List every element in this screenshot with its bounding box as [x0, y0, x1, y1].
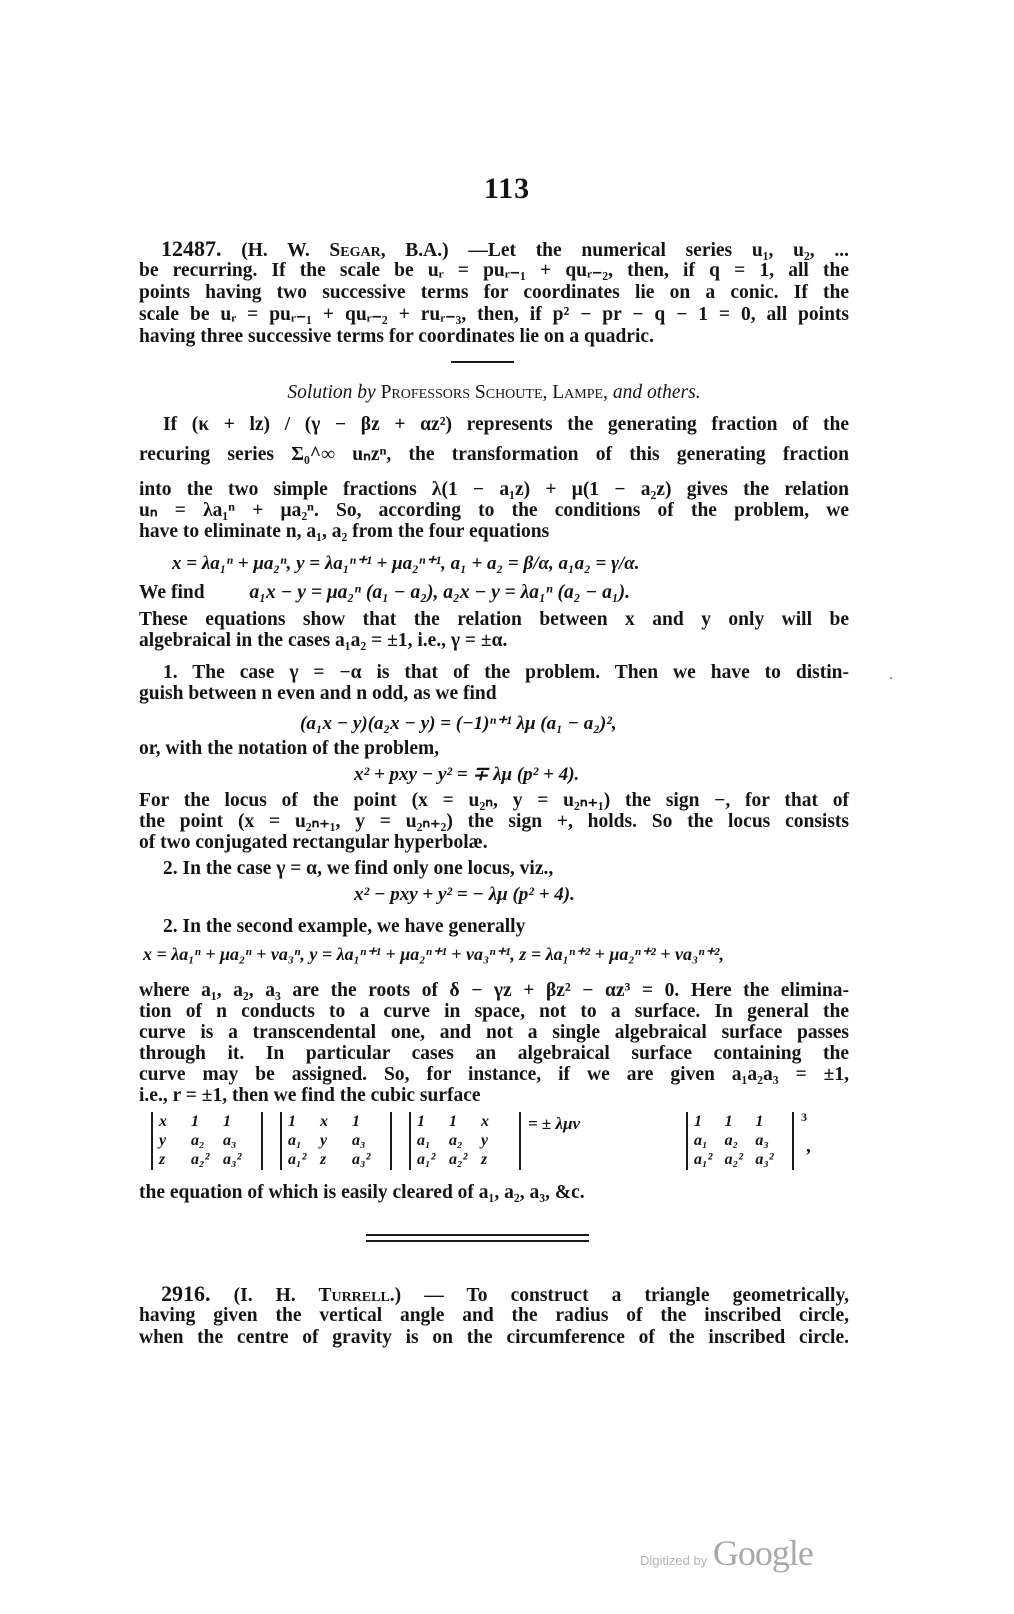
- double-rule-top: [366, 1234, 589, 1236]
- digitized-by-google-watermark: Digitized by Google: [640, 1532, 813, 1574]
- det-cell: a₁²: [417, 1151, 449, 1169]
- solution-text-line: have to eliminate n, a₁, a₂ from the fou…: [139, 521, 849, 543]
- question-text-line: points having two successive terms for c…: [139, 282, 849, 304]
- solution-text-line: where a₁, a₂, a₃ are the roots of δ − γz…: [139, 980, 849, 1002]
- det-cell: 1: [755, 1113, 786, 1131]
- det-cell: 1: [449, 1113, 481, 1131]
- det-cell: a₂²: [725, 1151, 756, 1169]
- det-cell: a₁: [417, 1132, 449, 1150]
- det-cell: a₂²: [449, 1151, 481, 1169]
- det-cell: 1: [352, 1113, 384, 1131]
- det-cell: y: [320, 1132, 352, 1150]
- equation-xyz: x = λa₁ⁿ + μa₂ⁿ + νa₃ⁿ, y = λa₁ⁿ⁺¹ + μa₂…: [143, 944, 724, 965]
- det-cell: a₂: [449, 1132, 481, 1150]
- locus-text-line: For the locus of the point (x = u₂ₙ, y =…: [139, 790, 849, 812]
- det-cell: z: [481, 1151, 513, 1169]
- solution-heading-prefix: Solution by: [287, 382, 375, 403]
- section-divider: [451, 361, 514, 363]
- scan-speck: [890, 677, 892, 679]
- det-cell: 1: [694, 1113, 725, 1131]
- question-12487-header: 12487. (H. W. Segar, B.A.) —Let the nume…: [139, 238, 849, 262]
- we-find-label: We find: [139, 582, 205, 603]
- solution-text-line: These equations show that the relation b…: [139, 609, 849, 631]
- question-number: 2916.: [139, 1281, 211, 1306]
- page-number: 113: [0, 172, 1014, 206]
- det-cell: a₂: [191, 1132, 223, 1150]
- det-cell: a₁: [694, 1132, 725, 1150]
- question-text-line: be recurring. If the scale be uᵣ = puᵣ₋₁…: [139, 260, 849, 282]
- closing-line: the equation of which is easily cleared …: [139, 1182, 849, 1204]
- solution-text-line: through it. In particular cases an algeb…: [139, 1043, 849, 1065]
- det-cell: 1: [191, 1113, 223, 1131]
- question-author: (H. W. Segar, B.A.): [241, 240, 448, 261]
- det-cell: a₁: [288, 1132, 320, 1150]
- solution-text-line: i.e., r = ±1, then we find the cubic sur…: [139, 1085, 849, 1107]
- det-cell: 1: [223, 1113, 255, 1131]
- equation-four-equations: x = λa₁ⁿ + μa₂ⁿ, y = λa₁ⁿ⁺¹ + μa₂ⁿ⁺¹, a₁…: [172, 552, 640, 575]
- question-number: 12487.: [139, 236, 222, 261]
- det-cell: a₃: [223, 1132, 255, 1150]
- question-text-line: having three successive terms for coordi…: [139, 326, 849, 348]
- determinant-3: 1 1 x a₁ a₂ y a₁² a₂² z: [409, 1112, 521, 1170]
- determinant-power: 3: [801, 1110, 807, 1125]
- det-cell: z: [320, 1151, 352, 1169]
- solution-heading-suffix: and others.: [613, 382, 701, 403]
- equation-we-find: a₁x − y = μa₂ⁿ (a₁ − a₂), a₂x − y = λa₁ⁿ…: [249, 582, 630, 603]
- det-cell: x: [159, 1113, 191, 1131]
- question-text-line: having given the vertical angle and the …: [139, 1305, 849, 1327]
- we-find-line: We find a₁x − y = μa₂ⁿ (a₁ − a₂), a₂x − …: [139, 582, 849, 604]
- det-cell: a₁²: [694, 1151, 725, 1169]
- det-cell: 1: [288, 1113, 320, 1131]
- double-rule-bottom: [366, 1240, 589, 1242]
- question-text-line: when the centre of gravity is on the cir…: [139, 1327, 849, 1349]
- solution-heading: Solution by Professors Schoute, Lampe, a…: [139, 382, 849, 404]
- equation-product: (a₁x − y)(a₂x − y) = (−1)ⁿ⁺¹ λμ (a₁ − a₂…: [300, 712, 617, 735]
- det-cell: a₃: [352, 1132, 384, 1150]
- solution-text-line: tion of n conducts to a curve in space, …: [139, 1001, 849, 1023]
- det-cell: 1: [417, 1113, 449, 1131]
- solution-text-line: recuring series Σ₀^∞ uₙzⁿ, the transform…: [139, 444, 849, 466]
- solution-text-line: uₙ = λa₁ⁿ + μa₂ⁿ. So, according to the c…: [139, 500, 849, 522]
- notation-line: or, with the notation of the problem,: [139, 738, 849, 760]
- det-cell: x: [320, 1113, 352, 1131]
- det-cell: a₃: [755, 1132, 786, 1150]
- det-cell: 1: [725, 1113, 756, 1131]
- google-logo-text: Google: [713, 1533, 813, 1573]
- solution-text-line: algebraical in the cases a₁a₂ = ±1, i.e.…: [139, 630, 849, 652]
- solution-text-line: into the two simple fractions λ(1 − a₁z)…: [139, 479, 849, 501]
- determinant-2: 1 x 1 a₁ y a₃ a₁² z a₃²: [280, 1112, 392, 1170]
- det-cell: z: [159, 1151, 191, 1169]
- case2-text-line: 2. In the case γ = α, we find only one l…: [139, 858, 849, 880]
- equation-hyperbola: x² + pxy − y² = ∓ λμ (p² + 4).: [354, 763, 579, 786]
- question-text-line: —Let the numerical series u₁, u₂, ...: [468, 240, 849, 261]
- question-text-line: scale be uᵣ = puᵣ₋₁ + quᵣ₋₂ + ruᵣ₋₃, the…: [139, 304, 849, 326]
- solution-text-line: curve may be assigned. So, for instance,…: [139, 1064, 849, 1086]
- det-cell: x: [481, 1113, 513, 1131]
- det-cell: a₁²: [288, 1151, 320, 1169]
- case1-text-line: guish between n even and n odd, as we fi…: [139, 683, 849, 705]
- solution-text-line: curve is a transcendental one, and not a…: [139, 1022, 849, 1044]
- question-text-line: — To construct a triangle geometrically,: [424, 1285, 849, 1306]
- solution-text-line: If (κ + lz) / (γ − βz + αz²) represents …: [139, 414, 849, 436]
- det-cell: a₃²: [755, 1151, 786, 1169]
- det-cell: a₃²: [223, 1151, 255, 1169]
- case1-text-line: 1. The case γ = −α is that of the proble…: [139, 662, 849, 684]
- det-cell: a₂: [725, 1132, 756, 1150]
- det-cell: a₃²: [352, 1151, 384, 1169]
- determinant-trailing-comma: ,: [806, 1136, 811, 1158]
- question-2916-header: 2916. (I. H. Turrell.) — To construct a …: [139, 1283, 849, 1307]
- locus-text-line: of two conjugated rectangular hyperbolæ.: [139, 832, 849, 854]
- det-cell: y: [159, 1132, 191, 1150]
- solution-authors: Professors Schoute, Lampe,: [381, 382, 608, 403]
- equation-single-locus: x² − pxy + y² = − λμ (p² + 4).: [354, 884, 575, 906]
- book-page: 113 12487. (H. W. Segar, B.A.) —Let the …: [0, 0, 1014, 1614]
- question-author: (I. H. Turrell.): [234, 1285, 402, 1306]
- determinant-1: x 1 1 y a₂ a₃ z a₂² a₃²: [151, 1112, 263, 1170]
- watermark-prefix: Digitized by: [640, 1553, 707, 1568]
- determinant-equals: = ± λμν: [528, 1114, 580, 1134]
- det-cell: a₂²: [191, 1151, 223, 1169]
- example2-text-line: 2. In the second example, we have genera…: [139, 916, 849, 938]
- determinant-4: 1 1 1 a₁ a₂ a₃ a₁² a₂² a₃²: [686, 1112, 794, 1170]
- det-cell: y: [481, 1132, 513, 1150]
- locus-text-line: the point (x = u₂ₙ₊₁, y = u₂ₙ₊₂) the sig…: [139, 811, 849, 833]
